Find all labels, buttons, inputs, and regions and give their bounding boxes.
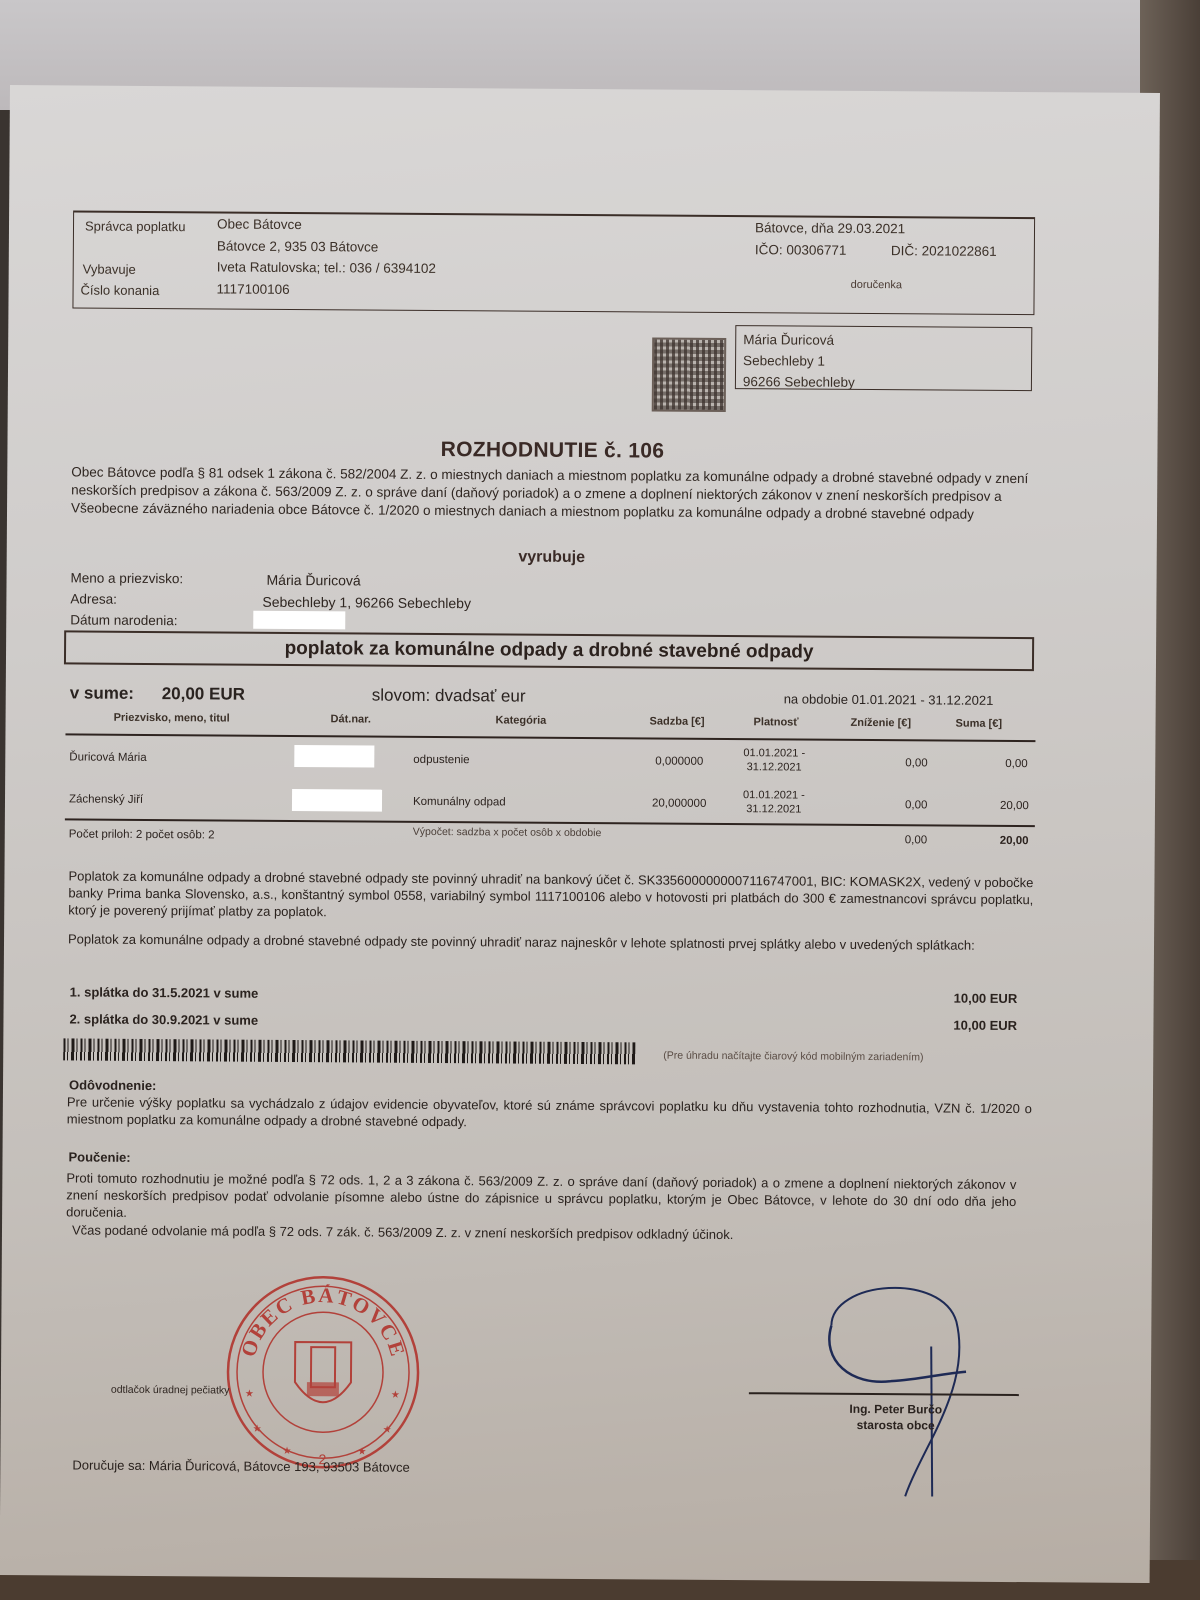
justification-title: Odôvodnenie:: [69, 1077, 156, 1093]
col-rate: Sadzba [€]: [650, 715, 705, 727]
instruction-text: Proti tomuto rozhodnutiu je možné podľa …: [66, 1169, 1016, 1227]
instruction-title: Poučenie:: [68, 1149, 130, 1164]
address-label: Adresa:: [70, 591, 117, 606]
col-reduction: Zníženie [€]: [851, 717, 912, 729]
row-category: Komunálny odpad: [413, 796, 506, 809]
qr-code: [652, 337, 727, 412]
dic: DIČ: 2021022861: [891, 243, 997, 259]
period: na obdobie 01.01.2021 - 31.12.2021: [784, 691, 994, 707]
recipient-name: Mária Ďuricová: [743, 329, 1031, 352]
installment-1-amount: 10,00 EUR: [954, 991, 1018, 1006]
svg-text:★: ★: [245, 1389, 254, 1400]
signature-scribble: [760, 1280, 1002, 1512]
proceeding-no: 1117100106: [217, 281, 290, 297]
row-sum: 20,00: [1000, 800, 1029, 812]
svg-text:★: ★: [383, 1425, 392, 1436]
row-category: odpustenie: [413, 754, 469, 766]
svg-text:OBEC BÁTOVCE: OBEC BÁTOVCE: [236, 1282, 411, 1360]
payment-barcode: [63, 1038, 635, 1064]
ico: IČO: 00306771: [755, 242, 847, 258]
place-date: Bátovce, dňa 29.03.2021: [755, 220, 905, 236]
col-birth: Dát.nar.: [331, 713, 371, 725]
amount-label: v sume:: [70, 683, 134, 703]
row-name: Záchenský Jiří: [69, 793, 143, 806]
attachments-count: Počet priloh: 2 počet osôb: 2: [69, 828, 215, 841]
row-validity: 01.01.2021 - 31.12.2021: [743, 788, 805, 816]
row-validity: 01.01.2021 - 31.12.2021: [743, 746, 805, 774]
installment-2-label: 2. splátka do 30.9.2021 v sume: [69, 1011, 258, 1027]
calc-formula: Výpočet: sadzba x počet osôb x obdobie: [413, 825, 613, 840]
col-name: Priezvisko, meno, titul: [114, 712, 230, 725]
person-address: Sebechleby 1, 96266 Sebechleby: [262, 594, 471, 611]
assesses-heading: vyrubuje: [7, 545, 1097, 571]
amount-words: slovom: dvadsať eur: [372, 686, 526, 707]
handled-by-label: Vybavuje: [83, 262, 136, 277]
total-sum: 20,00: [1000, 835, 1029, 847]
row-reduction: 0,00: [905, 757, 927, 769]
row-reduction: 0,00: [905, 799, 927, 811]
signer-block: Ing. Peter Burčo starosta obce: [781, 1400, 1011, 1434]
row-sum: 0,00: [1005, 758, 1027, 770]
table-top-rule: [65, 733, 1035, 742]
recipient-box: Mária Ďuricová Sebechleby 1 96266 Sebech…: [735, 325, 1032, 391]
birth-redacted: [253, 611, 345, 630]
col-sum: Suma [€]: [956, 718, 1003, 730]
installment-1-label: 1. splátka do 31.5.2021 v sume: [70, 984, 259, 1000]
delivery-note: doručenka: [851, 279, 902, 291]
decision-title: ROZHODNUTIE č. 106: [7, 435, 1097, 467]
installments-text: Poplatok za komunálne odpady a drobné st…: [68, 930, 1033, 954]
administrator-address: Bátovce 2, 935 03 Bátovce: [217, 238, 378, 254]
col-category: Kategória: [496, 714, 547, 726]
col-validity: Platnosť: [754, 716, 799, 728]
document-sheet: Správca poplatku Obec Bátovce Bátovce 2,…: [0, 85, 1160, 1583]
amount-value: 20,00 EUR: [162, 684, 245, 705]
administrator-label: Správca poplatku: [85, 219, 186, 235]
svg-text:★: ★: [253, 1424, 262, 1435]
fee-title-box: poplatok za komunálne odpady a drobné st…: [64, 630, 1034, 671]
person-name: Mária Ďuricová: [266, 572, 360, 589]
signer-name: Ing. Peter Burčo: [781, 1400, 1011, 1418]
row-name: Ďuricová Mária: [69, 751, 146, 764]
name-label: Meno a priezvisko:: [71, 570, 184, 586]
birth-label: Dátum narodenia:: [70, 612, 177, 628]
recipient-city: 96266 Sebechleby: [743, 371, 1031, 394]
svg-text:★: ★: [357, 1446, 366, 1457]
row-birth-redacted: [294, 745, 374, 768]
stamp-note: odtlačok úradnej pečiatky: [111, 1384, 230, 1397]
total-reduction: 0,00: [905, 834, 927, 846]
delivery-line: Doručuje sa: Mária Ďuricová, Bátovce 193…: [72, 1457, 410, 1474]
recipient-street: Sebechleby 1: [743, 350, 1031, 373]
row-birth-redacted: [292, 789, 382, 812]
signer-role: starosta obce: [781, 1416, 1011, 1434]
svg-text:★: ★: [282, 1446, 291, 1457]
administrator-name: Obec Bátovce: [217, 216, 302, 232]
svg-text:★: ★: [391, 1390, 400, 1401]
installment-2-amount: 10,00 EUR: [953, 1018, 1017, 1033]
justification-text: Pre určenie výšky poplatku sa vychádzalo…: [67, 1093, 1032, 1134]
handled-by: Iveta Ratulovska; tel.: 036 / 6394102: [217, 259, 436, 276]
intro-paragraph: Obec Bátovce podľa § 81 odsek 1 zákona č…: [71, 463, 1031, 524]
row-rate: 0,000000: [655, 756, 703, 768]
official-stamp: OBEC BÁTOVCE ★★★★★★ 2: [222, 1272, 423, 1473]
proceeding-no-label: Číslo konania: [81, 282, 160, 298]
barcode-note: (Pre úhradu načítajte čiarový kód mobiln…: [663, 1050, 923, 1064]
payment-account-text: Poplatok za komunálne odpady a drobné st…: [68, 867, 1033, 925]
row-rate: 20,000000: [652, 797, 706, 809]
